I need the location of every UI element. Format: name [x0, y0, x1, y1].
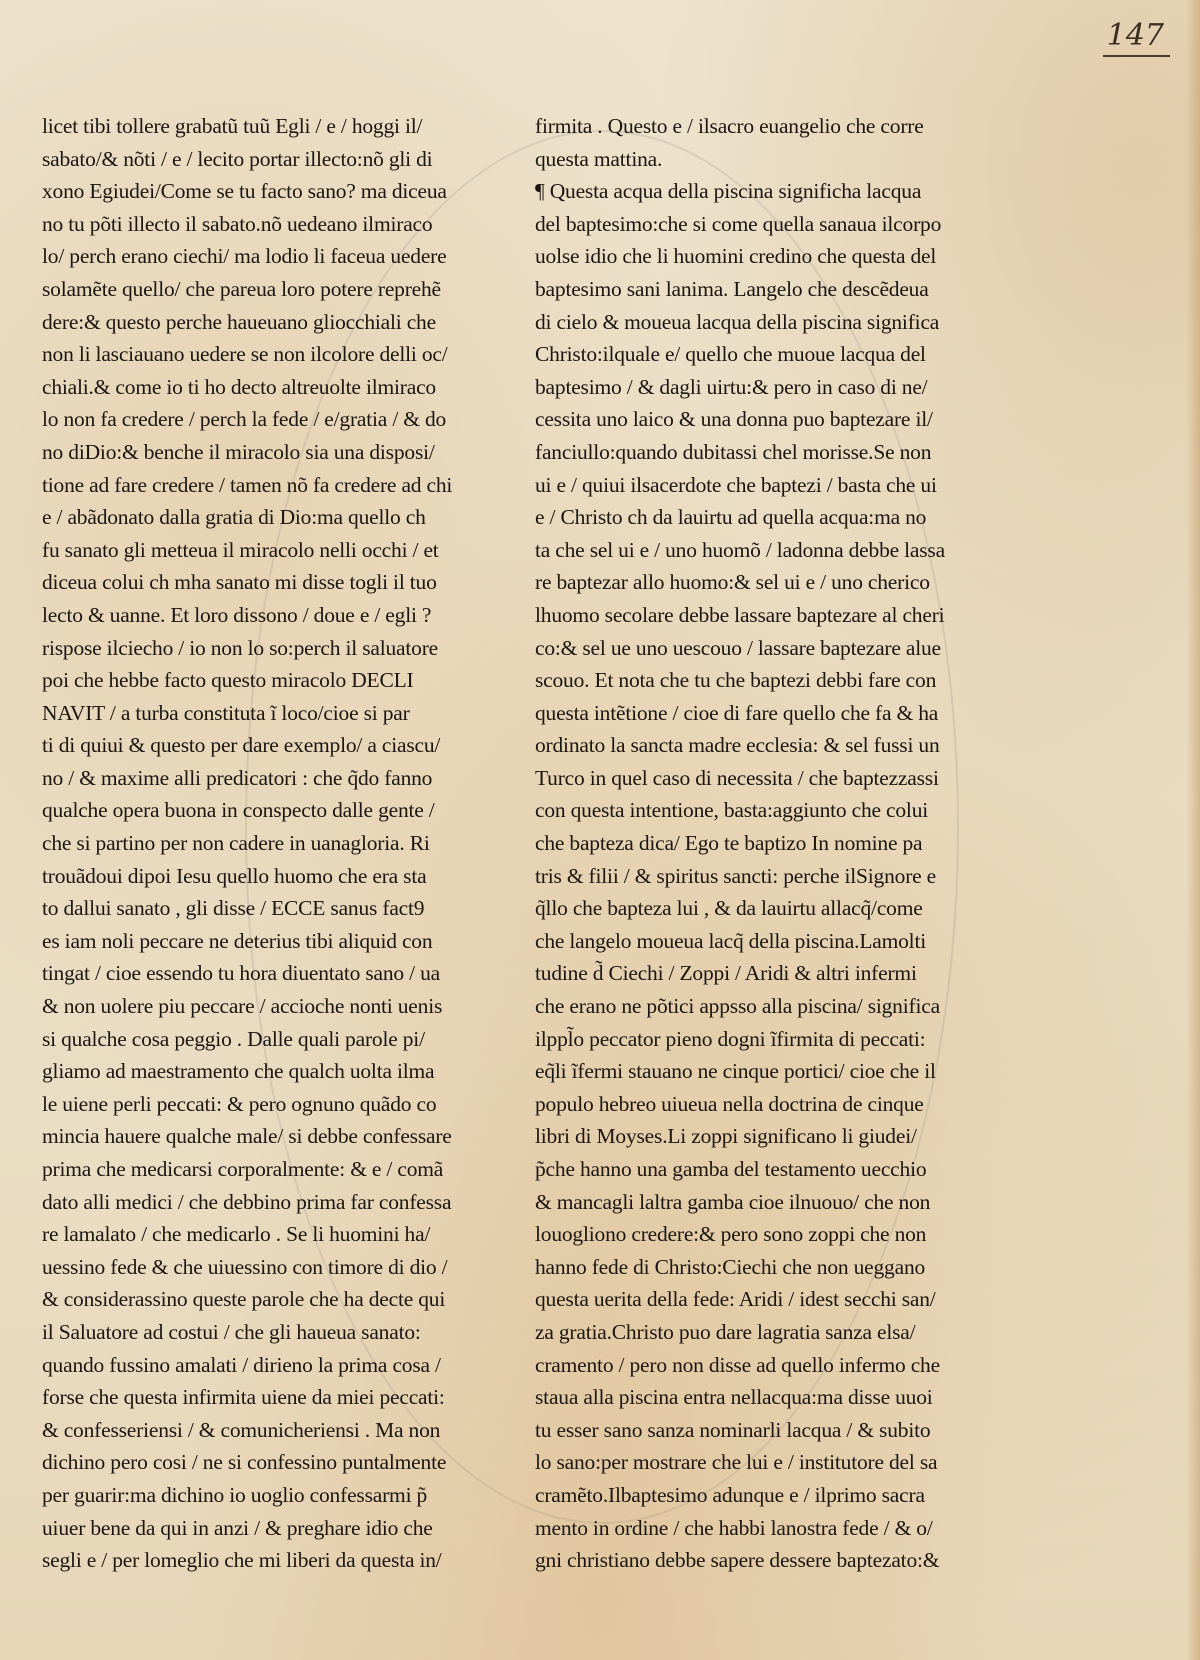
text-line: solamẽte quello/ che pareua loro potere …: [42, 273, 512, 306]
text-line: dato alli medici / che debbino prima far…: [42, 1186, 512, 1219]
text-line: segli e / per lomeglio che mi liberi da …: [42, 1544, 512, 1577]
text-line: trouãdoui dipoi Iesu quello huomo che er…: [42, 860, 512, 893]
text-line: lo non fa credere / perch la fede / e/gr…: [42, 403, 512, 436]
text-line: questa mattina.: [535, 143, 1005, 176]
text-line: baptesimo / & dagli uirtu:& pero in caso…: [535, 371, 1005, 404]
text-line: prima che medicarsi corporalmente: & e /…: [42, 1153, 512, 1186]
text-line: questa uerita della fede: Aridi / idest …: [535, 1283, 1005, 1316]
text-line: quando fussino amalati / dirieno la prim…: [42, 1349, 512, 1382]
text-line: & mancagli laltra gamba cioe ilnuouo/ ch…: [535, 1186, 1005, 1219]
text-line: chiali.& come io ti ho decto altreuolte …: [42, 371, 512, 404]
text-line: no diDio:& benche il miracolo sia una di…: [42, 436, 512, 469]
text-line: fu sanato gli metteua il miracolo nelli …: [42, 534, 512, 567]
text-line: staua alla piscina entra nellacqua:ma di…: [535, 1381, 1005, 1414]
text-line: questa intẽtione / cioe di fare quello c…: [535, 697, 1005, 730]
text-line: si qualche cosa peggio . Dalle quali par…: [42, 1023, 512, 1056]
text-line: tris & filii / & spiritus sancti: perche…: [535, 860, 1005, 893]
text-line: xono Egiudei/Come se tu facto sano? ma d…: [42, 175, 512, 208]
text-line: diceua colui ch mha sanato mi disse togl…: [42, 566, 512, 599]
text-line: uolse idio che li huomini credino che qu…: [535, 240, 1005, 273]
text-line: Christo:ilquale e/ quello che muoue lacq…: [535, 338, 1005, 371]
text-line: lhuomo secolare debbe lassare baptezare …: [535, 599, 1005, 632]
text-line: re lamalato / che medicarlo . Se li huom…: [42, 1218, 512, 1251]
text-line: tingat / cioe essendo tu hora diuentato …: [42, 957, 512, 990]
text-line: fanciullo:quando dubitassi chel morisse.…: [535, 436, 1005, 469]
text-line: tudine d̃ Ciechi / Zoppi / Aridi & altri…: [535, 957, 1005, 990]
text-line: che erano ne põtici appsso alla piscina/…: [535, 990, 1005, 1023]
text-line: ta che sel ui e / uno huomõ / ladonna de…: [535, 534, 1005, 567]
text-line: mincia hauere qualche male/ si debbe con…: [42, 1120, 512, 1153]
text-line: co:& sel ue uno uescouo / lassare baptez…: [535, 632, 1005, 665]
text-line: per guarir:ma dichino io uoglio confessa…: [42, 1479, 512, 1512]
text-line: che langelo moueua lacq̃ della piscina.L…: [535, 925, 1005, 958]
text-line: dichino pero cosi / ne si confessino pun…: [42, 1446, 512, 1479]
text-line: dere:& questo perche haueuano gliocchial…: [42, 306, 512, 339]
manuscript-page: 147 licet tibi tollere grabatũ tuũ Egli …: [0, 0, 1200, 1660]
text-line: che bapteza dica/ Ego te baptizo In nomi…: [535, 827, 1005, 860]
text-line: libri di Moyses.Li zoppi significano li …: [535, 1120, 1005, 1153]
text-line: baptesimo sani lanima. Langelo che descẽ…: [535, 273, 1005, 306]
text-line: p̃che hanno una gamba del testamento uec…: [535, 1153, 1005, 1186]
text-line: hanno fede di Christo:Ciechi che non ueg…: [535, 1251, 1005, 1284]
text-line: e / abãdonato dalla gratia di Dio:ma que…: [42, 501, 512, 534]
text-line: uessino fede & che uiuessino con timore …: [42, 1251, 512, 1284]
text-line: gni christiano debbe sapere dessere bapt…: [535, 1544, 1005, 1577]
text-line: NAVIT / a turba constituta ĩ loco/cioe s…: [42, 697, 512, 730]
text-line: del baptesimo:che si come quella sanaua …: [535, 208, 1005, 241]
text-line: lo/ perch erano ciechi/ ma lodio li face…: [42, 240, 512, 273]
text-line: populo hebreo uiueua nella doctrina de c…: [535, 1088, 1005, 1121]
text-line: & considerassino queste parole che ha de…: [42, 1283, 512, 1316]
text-line: & confesseriensi / & comunicheriensi . M…: [42, 1414, 512, 1447]
text-column-right: firmita . Questo e / ilsacro euangelio c…: [535, 110, 1005, 1577]
text-line: ordinato la sancta madre ecclesia: & sel…: [535, 729, 1005, 762]
text-line: scouo. Et nota che tu che baptezi debbi …: [535, 664, 1005, 697]
text-line: gliamo ad maestramento che qualch uolta …: [42, 1055, 512, 1088]
text-line: Turco in quel caso di necessita / che ba…: [535, 762, 1005, 795]
text-line: non li lasciauano uedere se non ilcolore…: [42, 338, 512, 371]
text-line: lecto & uanne. Et loro dissono / doue e …: [42, 599, 512, 632]
text-line: no / & maxime alli predicatori : che q̃d…: [42, 762, 512, 795]
text-line: licet tibi tollere grabatũ tuũ Egli / e …: [42, 110, 512, 143]
text-line: le uiene perli peccati: & pero ognuno qu…: [42, 1088, 512, 1121]
text-line: poi che hebbe facto questo miracolo DECL…: [42, 664, 512, 697]
text-line: to dallui sanato , gli disse / ECCE sanu…: [42, 892, 512, 925]
text-line: tu esser sano sanza nominarli lacqua / &…: [535, 1414, 1005, 1447]
text-line: tione ad fare credere / tamen nõ fa cred…: [42, 469, 512, 502]
text-line: ui e / quiui ilsacerdote che baptezi / b…: [535, 469, 1005, 502]
text-line: cramẽto.Ilbaptesimo adunque e / ilprimo …: [535, 1479, 1005, 1512]
text-line: louogliono credere:& pero sono zoppi che…: [535, 1218, 1005, 1251]
text-line: ti di quiui & questo per dare exemplo/ a…: [42, 729, 512, 762]
text-line: con questa intentione, basta:aggiunto ch…: [535, 794, 1005, 827]
text-line: forse che questa infirmita uiene da miei…: [42, 1381, 512, 1414]
text-line: qualche opera buona in conspecto dalle g…: [42, 794, 512, 827]
text-line: rispose ilciecho / io non lo so:perch il…: [42, 632, 512, 665]
text-line: re baptezar allo huomo:& sel ui e / uno …: [535, 566, 1005, 599]
text-line: mento in ordine / che habbi lanostra fed…: [535, 1512, 1005, 1545]
text-line: e / Christo ch da lauirtu ad quella acqu…: [535, 501, 1005, 534]
text-line: za gratia.Christo puo dare lagratia sanz…: [535, 1316, 1005, 1349]
text-line: es iam noli peccare ne deterius tibi ali…: [42, 925, 512, 958]
text-line: no tu põti illecto il sabato.nõ uedeano …: [42, 208, 512, 241]
text-line: eq̃li ĩfermi stauano ne cinque portici/ …: [535, 1055, 1005, 1088]
text-line: ¶ Questa acqua della piscina significha …: [535, 175, 1005, 208]
text-line: lo sano:per mostrare che lui e / institu…: [535, 1446, 1005, 1479]
text-line: firmita . Questo e / ilsacro euangelio c…: [535, 110, 1005, 143]
page-edge: [1186, 0, 1200, 1660]
text-column-left: licet tibi tollere grabatũ tuũ Egli / e …: [42, 110, 512, 1577]
text-line: il Saluatore ad costui / che gli haueua …: [42, 1316, 512, 1349]
text-line: di cielo & moueua lacqua della piscina s…: [535, 306, 1005, 339]
text-line: q̃llo che bapteza lui , & da lauirtu all…: [535, 892, 1005, 925]
text-line: & non uolere piu peccare / acciochе nont…: [42, 990, 512, 1023]
folio-number: 147: [1103, 18, 1170, 57]
text-line: uiuer bene da qui in anzi / & preghare i…: [42, 1512, 512, 1545]
text-line: cessita uno laico & una donna puo baptez…: [535, 403, 1005, 436]
text-line: sabato/& nõti / e / lecito portar illect…: [42, 143, 512, 176]
text-line: ilppl̃o peccator pieno dogni ĩfirmita di…: [535, 1023, 1005, 1056]
text-line: che si partino per non cadere in uanaglo…: [42, 827, 512, 860]
text-line: cramento / pero non disse ad quello infe…: [535, 1349, 1005, 1382]
